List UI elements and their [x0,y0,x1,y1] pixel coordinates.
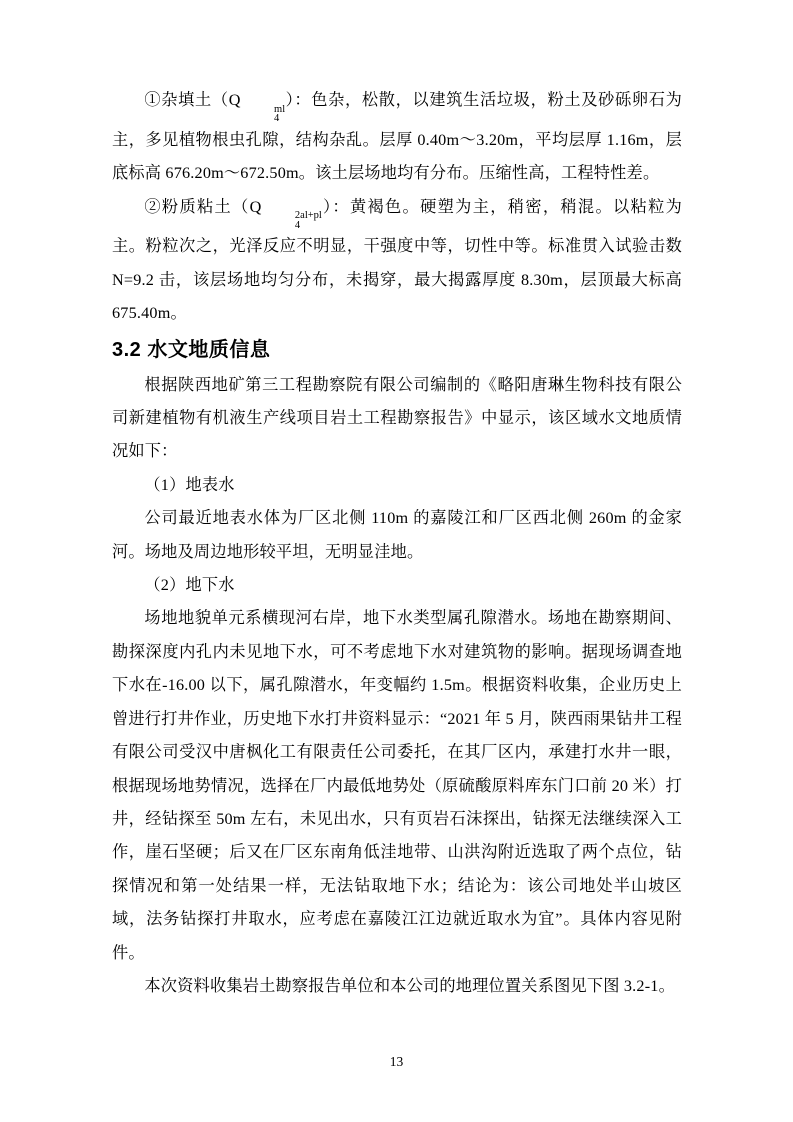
layer1-text-before: ①杂填土（Q [144,91,240,109]
section-heading-3-2: 3.2 水文地质信息 [112,332,682,368]
layer1-geological-notation: ml4 [242,105,285,124]
page-number: 13 [0,1054,793,1070]
hydrogeology-intro-paragraph: 根据陕西地矿第三工程勘察院有限公司编制的《略阳唐琳生物科技有限公司新建植物有机液… [112,369,682,469]
document-content: ①杂填土（Qml4）：色杂，松散，以建筑生活垃圾，粉土及砂砾卵石为主，多见植物根… [112,84,682,1003]
surface-water-paragraph: 公司最近地表水体为厂区北侧 110m 的嘉陵江和厂区西北侧 260m 的金家河。… [112,502,682,569]
layer2-geological-notation: 2al+pl4 [263,211,322,230]
groundwater-title: （2）地下水 [112,569,682,602]
layer1-subscript: 4 [242,114,280,124]
surface-water-title: （1）地表水 [112,469,682,502]
layer2-text-after: ）：黄褐色。硬塑为主，稍密，稍混。以粘粒为主。粉粒次之，光泽反应不明显，干强度中… [112,198,682,323]
layer2-superscript: 2al+pl [263,211,322,221]
layer2-text-before: ②粉质粘土（Q [144,198,261,216]
soil-layer-1-paragraph: ①杂填土（Qml4）：色杂，松散，以建筑生活垃圾，粉土及砂砾卵石为主，多见植物根… [112,84,682,191]
closing-paragraph: 本次资料收集岩土勘察报告单位和本公司的地理位置关系图见下图 3.2-1。 [112,970,682,1003]
layer2-subscript: 4 [263,221,301,231]
groundwater-paragraph: 场地地貌单元系横现河右岸，地下水类型属孔隙潜水。场地在勘察期间、勘探深度内孔内未… [112,602,682,969]
soil-layer-2-paragraph: ②粉质粘土（Q2al+pl4）：黄褐色。硬塑为主，稍密，稍混。以粘粒为主。粉粒次… [112,191,682,331]
document-page: ①杂填土（Qml4）：色杂，松散，以建筑生活垃圾，粉土及砂砾卵石为主，多见植物根… [0,0,793,1122]
